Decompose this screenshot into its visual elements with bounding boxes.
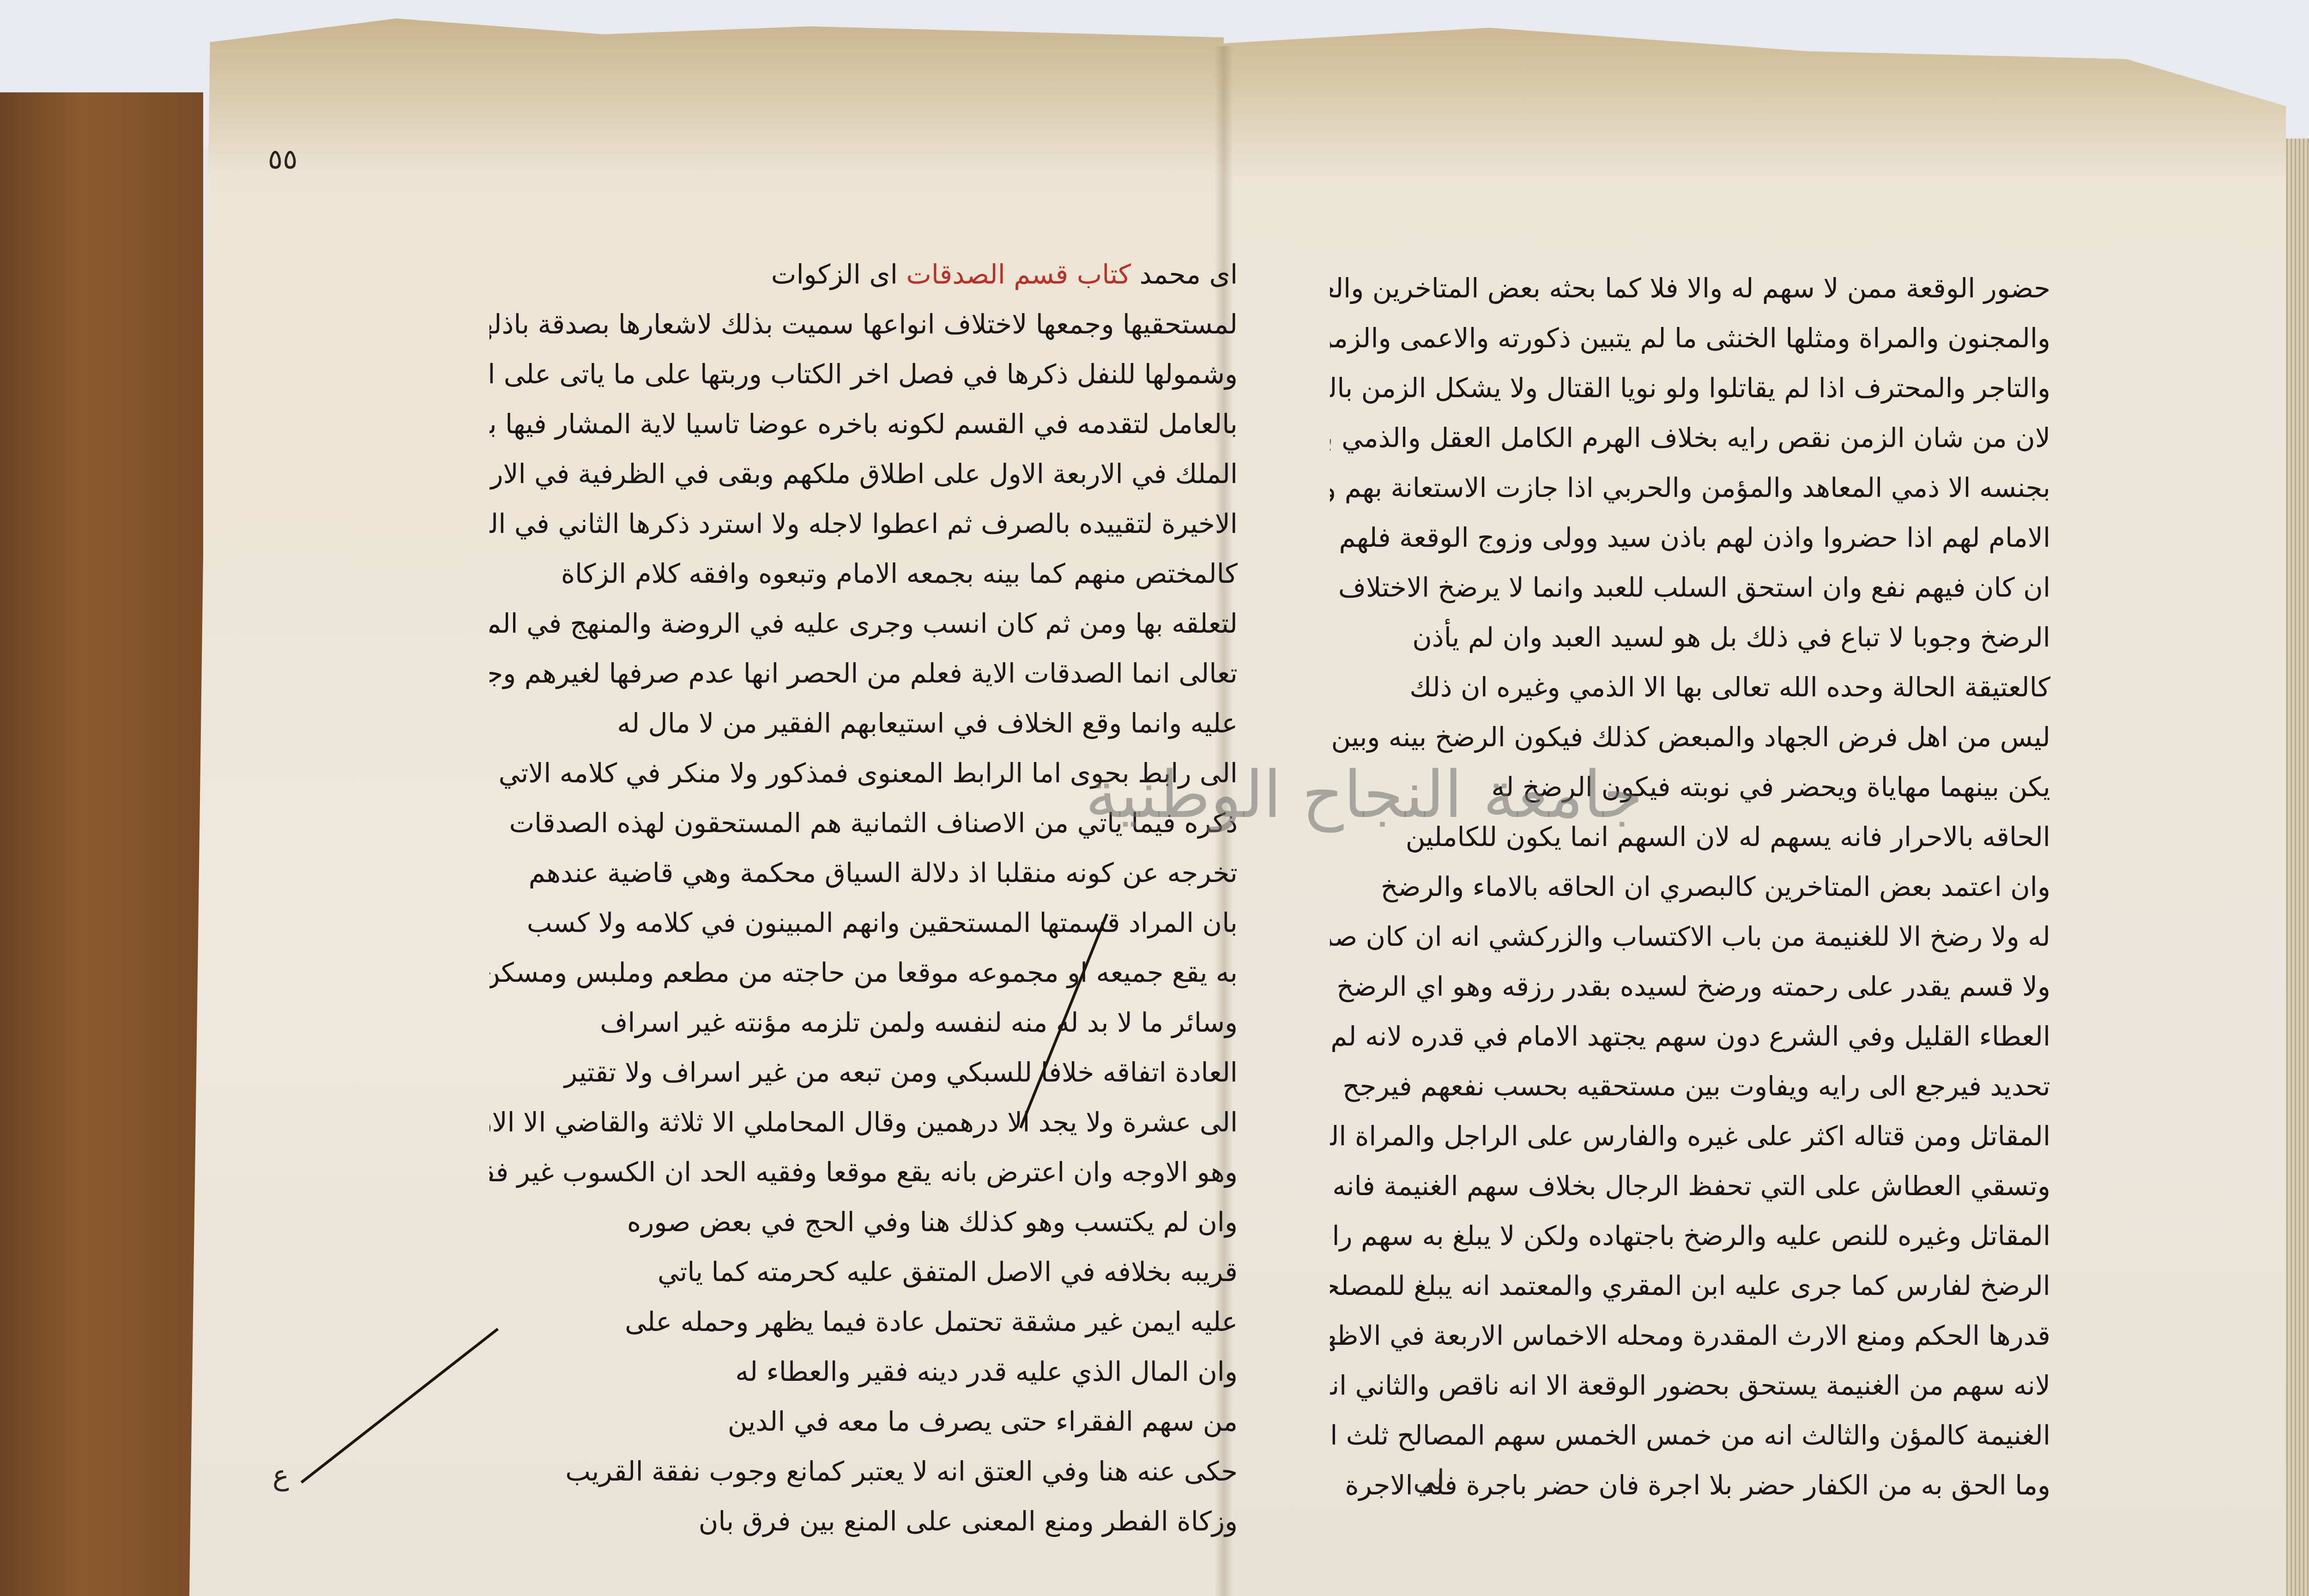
text-line: تخرجه عن كونه منقلبا اذ دلالة السياق محك…	[490, 848, 1238, 898]
left-page-text: اى محمد كتاب قسم الصدقات اى الزكوات لمست…	[490, 249, 1238, 1546]
text-line: حضور الوقعة ممن لا سهم له والا فلا كما ب…	[1330, 263, 2050, 313]
text-line: الامام لهم اذا حضروا واذن لهم باذن سيد و…	[1330, 513, 2050, 562]
text-line: عليه وانما وقع الخلاف في استيعابهم الفقي…	[490, 698, 1238, 748]
catchword-left: ع	[272, 1459, 289, 1492]
text-line: حكى عنه هنا وفي العتق انه لا يعتبر كمانع…	[490, 1446, 1238, 1496]
catchword-right: لي	[1413, 1464, 1445, 1496]
text-line: لتعلقه بها ومن ثم كان انسب وجرى عليه في …	[490, 598, 1238, 648]
text-line: ان كان فيهم نفع وان استحق السلب للعبد وا…	[1330, 562, 2050, 612]
text-line: والمجنون والمراة ومثلها الخنثى ما لم يتب…	[1330, 313, 2050, 363]
text-line: بالعامل لتقدمه في القسم لكونه باخره عوضا…	[490, 399, 1238, 449]
text-line: بان المراد قسمتها المستحقين وانهم المبين…	[490, 898, 1238, 948]
text-line: كالمختص منهم كما بينه بجمعه الامام وتبعو…	[490, 549, 1238, 598]
text-line: به يقع جميعه او مجموعه موقعا من حاجته من…	[490, 948, 1238, 997]
text-line: الغنيمة كالمؤن والثالث انه من خمس الخمس …	[1330, 1410, 2050, 1460]
text-line: من سهم الفقراء حتى يصرف ما معه في الدين	[490, 1396, 1238, 1446]
library-watermark: جامعة النجاح الوطنية	[1085, 757, 1643, 833]
right-page-text: حضور الوقعة ممن لا سهم له والا فلا كما ب…	[1330, 263, 2050, 1510]
text-line: وان المال الذي عليه قدر دينه فقير والعطا…	[490, 1347, 1238, 1396]
folio-number: ٥٥	[268, 143, 297, 175]
text-line: له ولا رضخ الا للغنيمة من باب الاكتساب و…	[1330, 912, 2050, 961]
text-line: تعالى انما الصدقات الاية فعلم من الحصر ا…	[490, 648, 1238, 698]
heading-suffix: اى الزكوات	[771, 259, 898, 290]
text-line: المقاتل وغيره للنص عليه والرضخ باجتهاده …	[1330, 1211, 2050, 1261]
text-line: ليس من اهل فرض الجهاد والمبعض كذلك فيكون…	[1330, 712, 2050, 762]
heading-line: اى محمد كتاب قسم الصدقات اى الزكوات	[490, 249, 1238, 299]
book-cover-left	[0, 92, 203, 1596]
text-line: بجنسه الا ذمي المعاهد والمؤمن والحربي اذ…	[1330, 463, 2050, 513]
text-line: وزكاة الفطر ومنع المعنى على المنع بين فر…	[490, 1496, 1238, 1546]
text-line: الرضخ وجوبا لا تباع في ذلك بل هو لسيد ال…	[1330, 612, 2050, 662]
text-line: الاخيرة لتقييده بالصرف ثم اعطوا لاجله ول…	[490, 499, 1238, 549]
text-line: لانه سهم من الغنيمة يستحق بحضور الوقعة ا…	[1330, 1360, 2050, 1410]
text-line: العطاء القليل وفي الشرع دون سهم يجتهد ال…	[1330, 1011, 2050, 1061]
text-line: قدرها الحكم ومنع الارث المقدرة ومحله الا…	[1330, 1311, 2050, 1360]
text-line: وهو الاوجه وان اعترض بانه يقع موقعا وفقي…	[490, 1147, 1238, 1197]
text-line: قريبه بخلافه في الاصل المتفق عليه كحرمته…	[490, 1247, 1238, 1297]
text-line: والتاجر والمحترف اذا لم يقاتلوا ولو نويا…	[1330, 363, 2050, 413]
text-line: المقاتل ومن قتاله اكثر على غيره والفارس …	[1330, 1111, 2050, 1161]
text-line: الملك في الاربعة الاول على اطلاق ملكهم و…	[490, 449, 1238, 499]
text-line: وشمولها للنفل ذكرها في فصل اخر الكتاب ور…	[490, 349, 1238, 399]
text-line: وسائر ما لا بد له منه لنفسه ولمن تلزمه م…	[490, 997, 1238, 1047]
text-line: تحديد فيرجع الى رايه ويفاوت بين مستحقيه …	[1330, 1061, 2050, 1111]
heading-rubric: كتاب قسم الصدقات	[906, 259, 1131, 290]
text-line: وان لم يكتسب وهو كذلك هنا وفي الحج في بع…	[490, 1197, 1238, 1247]
text-line: عليه ايمن غير مشقة تحتمل عادة فيما يظهر …	[490, 1297, 1238, 1347]
text-line: الى عشرة ولا يجد الا درهمين وقال المحامل…	[490, 1097, 1238, 1147]
text-line: وان اعتمد بعض المتاخرين كالبصري ان الحاق…	[1330, 862, 2050, 912]
text-line: الرضخ لفارس كما جرى عليه ابن المقري والم…	[1330, 1261, 2050, 1311]
text-line: ولا قسم يقدر على رحمته ورضخ لسيده بقدر ر…	[1330, 961, 2050, 1011]
text-line: لمستحقيها وجمعها لاختلاف انواعها سميت بذ…	[490, 299, 1238, 349]
text-line: العادة اتفاقه خلافا للسبكي ومن تبعه من غ…	[490, 1047, 1238, 1097]
text-line: لان من شان الزمن نقص رايه بخلاف الهرم ال…	[1330, 413, 2050, 463]
text-line: وتسقي العطاش على التي تحفظ الرجال بخلاف …	[1330, 1161, 2050, 1211]
heading-prefix: اى محمد	[1140, 259, 1238, 290]
text-line: كالعتيقة الحالة وحده الله تعالى بها الا …	[1330, 662, 2050, 712]
